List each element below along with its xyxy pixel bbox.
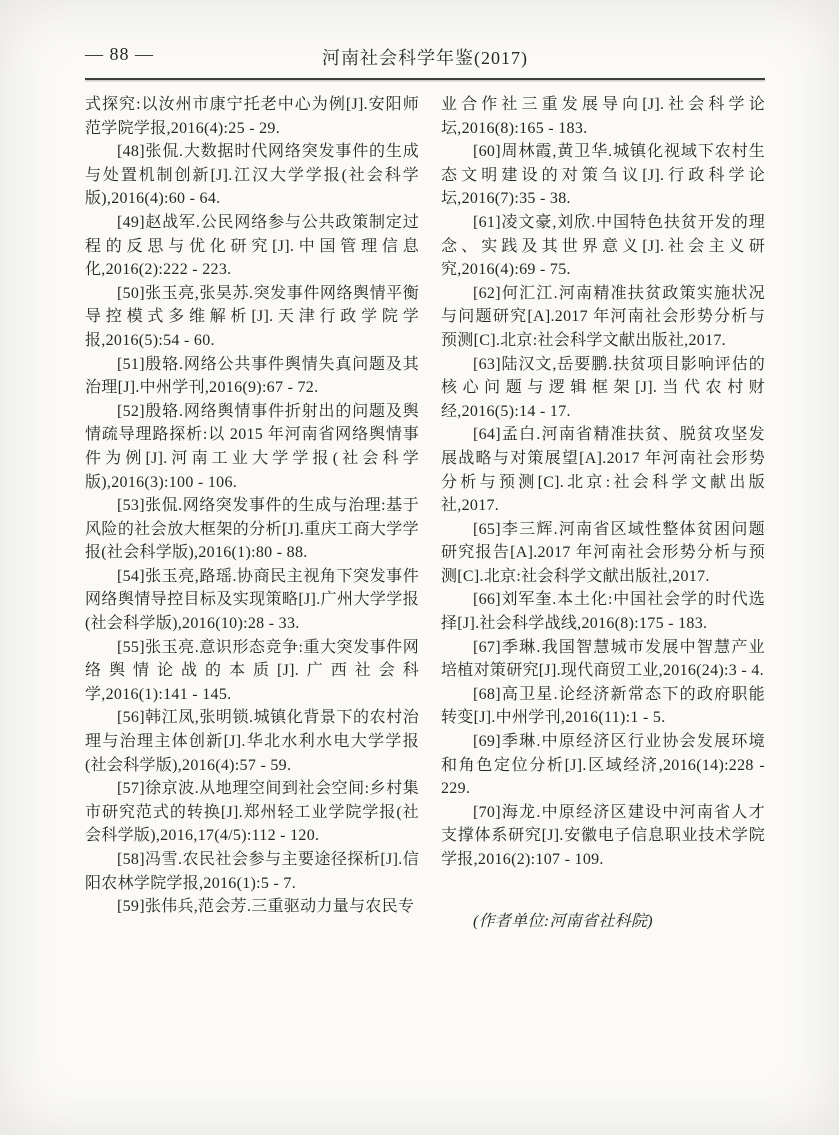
reference-entry: [61]凌文豪,刘欣.中国特色扶贫开发的理念、实践及其世界意义[J].社会主义研… [441, 211, 765, 282]
reference-entry: [50]张玉亮,张昊苏.突发事件网络舆情平衡导控模式多维解析[J].天津行政学院… [85, 282, 419, 353]
running-header: — 88 — 河南社会科学年鉴(2017) [85, 44, 765, 70]
reference-entry: [54]张玉亮,路瑶.协商民主视角下突发事件网络舆情导控目标及实现策略[J].广… [85, 565, 419, 636]
reference-entry: [56]韩江凤,张明锁.城镇化背景下的农村治理与治理主体创新[J].华北水利水电… [85, 706, 419, 777]
reference-entry: [52]殷辂.网络舆情事件折射出的问题及舆情疏导理路探析:以 2015 年河南省… [85, 400, 419, 494]
reference-entry: [55]张玉亮.意识形态竞争:重大突发事件网络舆情论战的本质[J].广西社会科学… [85, 636, 419, 707]
right-column: 业合作社三重发展导向[J].社会科学论坛,2016(8):165 - 183. … [441, 93, 765, 933]
reference-entry: [59]张伟兵,范会芳.三重驱动力量与农民专 [85, 895, 419, 919]
reference-entry: [65]李三辉.河南省区域性整体贫困问题研究报告[A].2017 年河南社会形势… [441, 518, 765, 589]
reference-entry: [63]陆汉文,岳要鹏.扶贫项目影响评估的核心问题与逻辑框架[J].当代农村财经… [441, 353, 765, 424]
reference-entry: 业合作社三重发展导向[J].社会科学论坛,2016(8):165 - 183. [441, 93, 765, 140]
author-affiliation-note: (作者单位:河南省社科院) [441, 910, 765, 934]
reference-entry: [60]周林霞,黄卫华.城镇化视域下农村生态文明建设的对策刍议[J].行政科学论… [441, 140, 765, 211]
book-title: 河南社会科学年鉴(2017) [85, 44, 765, 70]
reference-entry: [53]张侃.网络突发事件的生成与治理:基于风险的社会放大框架的分析[J].重庆… [85, 494, 419, 565]
reference-entry: [68]高卫星.论经济新常态下的政府职能转变[J].中州学刊,2016(11):… [441, 683, 765, 730]
page-content: — 88 — 河南社会科学年鉴(2017) 式探究:以汝州市康宁托老中心为例[J… [85, 44, 765, 933]
reference-entry: [70]海龙.中原经济区建设中河南省人才支撑体系研究[J].安徽电子信息职业技术… [441, 801, 765, 872]
reference-entry: [66]刘军奎.本土化:中国社会学的时代选择[J].社会科学战线,2016(8)… [441, 588, 765, 635]
reference-entry: [51]殷辂.网络公共事件舆情失真问题及其治理[J].中州学刊,2016(9):… [85, 353, 419, 400]
reference-entry: [67]季琳.我国智慧城市发展中智慧产业培植对策研究[J].现代商贸工业,201… [441, 636, 765, 683]
header-rule [85, 78, 765, 80]
reference-entry: [57]徐京波.从地理空间到社会空间:乡村集市研究范式的转换[J].郑州轻工业学… [85, 777, 419, 848]
reference-entry: [58]冯雪.农民社会参与主要途径探析[J].信阳农林学院学报,2016(1):… [85, 848, 419, 895]
reference-entry: [48]张侃.大数据时代网络突发事件的生成与处置机制创新[J].江汉大学学报(社… [85, 140, 419, 211]
reference-list: 式探究:以汝州市康宁托老中心为例[J].安阳师范学院学报,2016(4):25 … [85, 93, 765, 933]
reference-entry: [64]孟白.河南省精准扶贫、脱贫攻坚发展战略与对策展望[A].2017 年河南… [441, 423, 765, 517]
reference-entry: [62]何汇江.河南精准扶贫政策实施状况与问题研究[A].2017 年河南社会形… [441, 282, 765, 353]
reference-entry: [69]季琳.中原经济区行业协会发展环境和角色定位分析[J].区域经济,2016… [441, 730, 765, 801]
reference-entry: 式探究:以汝州市康宁托老中心为例[J].安阳师范学院学报,2016(4):25 … [85, 93, 419, 140]
scanned-book-page: — 88 — 河南社会科学年鉴(2017) 式探究:以汝州市康宁托老中心为例[J… [0, 0, 839, 1135]
reference-entry: [49]赵战军.公民网络参与公共政策制定过程的反思与优化研究[J].中国管理信息… [85, 211, 419, 282]
left-column: 式探究:以汝州市康宁托老中心为例[J].安阳师范学院学报,2016(4):25 … [85, 93, 419, 933]
